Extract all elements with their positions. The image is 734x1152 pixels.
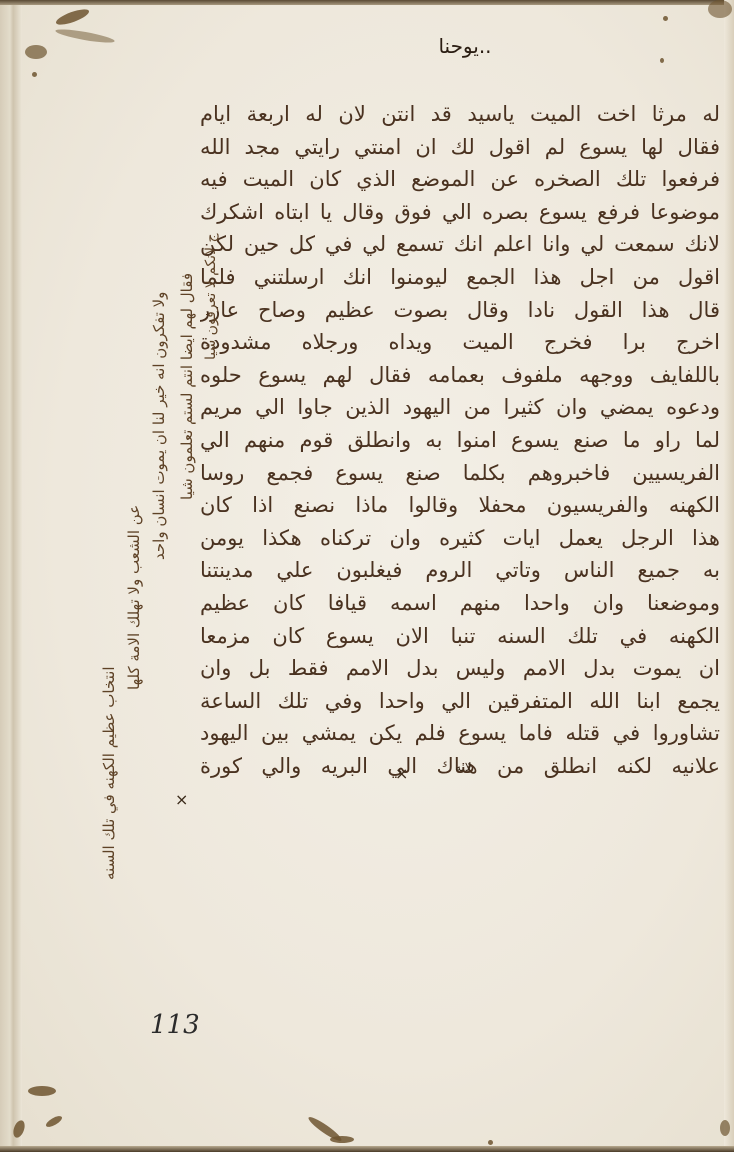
marginal-note: انتخاب عظيم الكهنه في تلك السنه	[100, 667, 118, 881]
insertion-cross-mark: ×	[395, 764, 408, 783]
text-line: الكهنه في تلك السنه تنبا الان يسوع كان م…	[200, 620, 720, 653]
stain-mark	[54, 6, 90, 27]
text-line: ان يموت بدل الامم وليس بدل الامم فقط بل …	[200, 652, 720, 685]
margin-cross-mark: ×	[175, 790, 188, 809]
text-line: اخرج برا فخرج الميت ويداه ورجلاه مشدودة	[200, 326, 720, 359]
stain-mark	[55, 27, 115, 45]
stain-mark	[44, 1114, 63, 1129]
interlinear-insert: لانه	[455, 760, 472, 774]
top-page-edge	[0, 0, 734, 5]
folio-number: 113	[150, 1010, 200, 1040]
marginal-note: فقال لهم ايضا انتم لستم تعلمون شيا	[178, 273, 196, 500]
stain-mark	[720, 1120, 730, 1136]
text-line: له مرثا اخت الميت ياسيد قد انتن لان له ا…	[200, 98, 720, 131]
manuscript-page: ..يوحنا له مرثا اخت الميت ياسيد قد انتن …	[0, 0, 734, 1152]
bottom-page-edge	[0, 1146, 734, 1152]
text-line: قال هذا القول نادا وقال بصوت عظيم وصاح ع…	[200, 294, 720, 327]
text-line: هذا الرجل يعمل ايات كثيره وان تركناه هكذ…	[200, 522, 720, 555]
marginal-note: ج لانكم لا تعرفون شيا	[203, 233, 219, 360]
marginal-note: عن الشعب ولا تهلك الامة كلها	[125, 505, 143, 690]
stain-mark	[28, 1086, 56, 1096]
text-line: فقال لها يسوع لم اقول لك ان امنتي رايتي …	[200, 131, 720, 164]
stain-mark	[488, 1140, 493, 1145]
stain-mark	[25, 45, 47, 59]
text-line: باللفايف ووجهه ملفوف بعمامه فقال لهم يسو…	[200, 359, 720, 392]
text-line: الفريسيين فاخبروهم بكلما صنع يسوع فجمع ر…	[200, 457, 720, 490]
text-line: فرفعوا تلك الصخره عن الموضع الذي كان الم…	[200, 163, 720, 196]
header-title: ..يوحنا	[430, 34, 500, 58]
right-page-edge	[724, 0, 734, 1152]
text-line: لما راو ما صنع يسوع امنوا به وانطلق قوم …	[200, 424, 720, 457]
stain-mark	[32, 72, 37, 77]
binding-gutter	[0, 0, 22, 1152]
text-line: تشاوروا في قتله فاما يسوع فلم يكن يمشي ب…	[200, 717, 720, 750]
stain-mark	[330, 1136, 354, 1143]
main-text-block: له مرثا اخت الميت ياسيد قد انتن لان له ا…	[200, 98, 720, 782]
text-line: اقول من اجل هذا الجمع ليومنوا انك ارسلتن…	[200, 261, 720, 294]
text-line: موضوعا فرفع يسوع بصره الي فوق وقال يا اب…	[200, 196, 720, 229]
text-line: ودعوه يمضي وان كثيرا من اليهود الذين جاو…	[200, 391, 720, 424]
stain-mark	[663, 16, 668, 21]
stain-mark	[660, 58, 664, 63]
text-line: لانك سمعت لي وانا اعلم انك تسمع لي في كل…	[200, 228, 720, 261]
marginal-note: ولا تفكرون انه خير لنا ان يموت انسان واح…	[150, 292, 168, 560]
text-line: الكهنه والفريسيون محفلا وقالوا ماذا نصنع…	[200, 489, 720, 522]
text-line: يجمع ابنا الله المتفرقين الي واحدا وفي ت…	[200, 685, 720, 718]
text-line: به جميع الناس وتاتي الروم فيغلبون علي مد…	[200, 554, 720, 587]
text-line: وموضعنا وان واحدا منهم اسمه قيافا كان عظ…	[200, 587, 720, 620]
stain-mark	[708, 0, 732, 18]
